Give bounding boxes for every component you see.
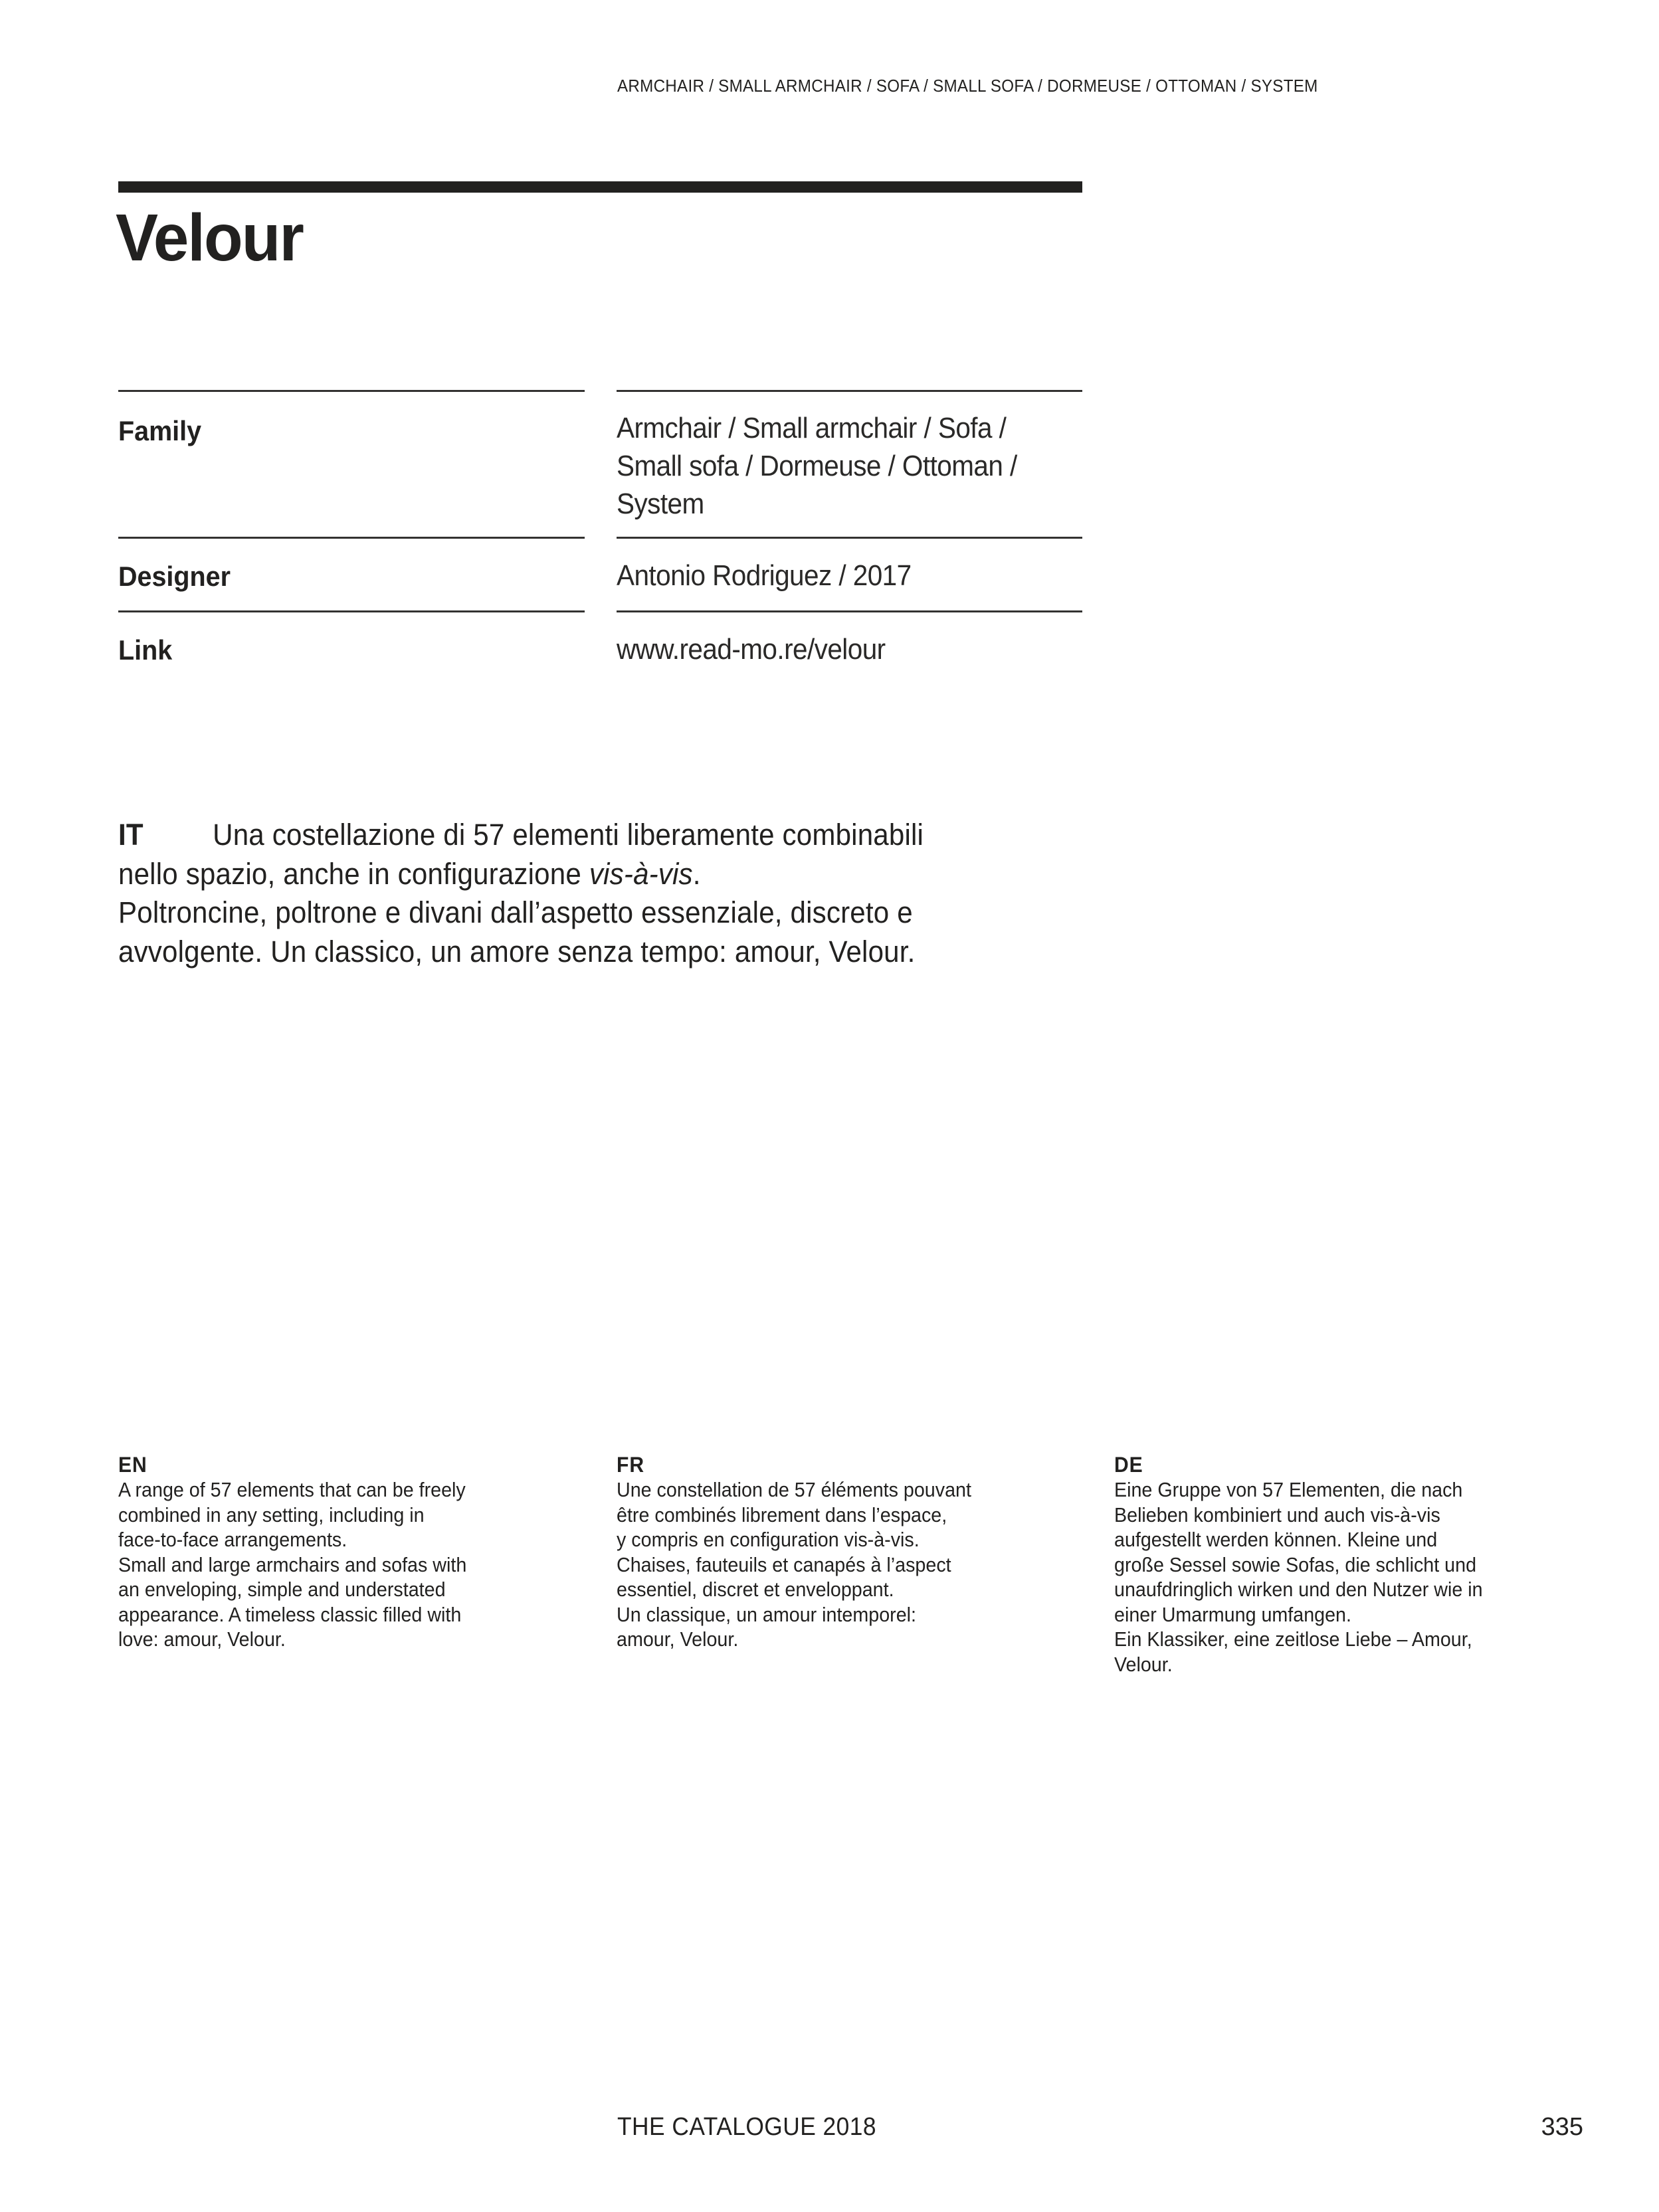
spec-value-link[interactable]: www.read-mo.re/velour bbox=[617, 630, 1069, 668]
description-line: y compris en configuration vis-à-vis. bbox=[617, 1528, 1066, 1553]
divider bbox=[617, 537, 1082, 539]
running-header: ARMCHAIR / SMALL ARMCHAIR / SOFA / SMALL… bbox=[617, 76, 1318, 96]
page-number: 335 bbox=[1541, 2113, 1583, 2142]
description-line: être combinés librement dans l’espace, bbox=[617, 1503, 1066, 1528]
spec-label-family: Family bbox=[118, 413, 201, 450]
language-code: IT bbox=[118, 816, 213, 855]
spec-value-line: Antonio Rodriguez / 2017 bbox=[617, 557, 1069, 595]
title-rule bbox=[118, 181, 1082, 193]
description-line: Velour. bbox=[1114, 1653, 1564, 1678]
description-line: einer Umarmung umfangen. bbox=[1114, 1603, 1564, 1628]
description-line: avvolgente. Un classico, un amore senza … bbox=[118, 933, 1088, 972]
footer-catalogue-title: THE CATALOGUE 2018 bbox=[617, 2113, 876, 2142]
description-fr: FR Une constellation de 57 éléments pouv… bbox=[617, 1453, 1066, 1653]
description-it: ITUna costellazione di 57 elementi liber… bbox=[118, 816, 1088, 971]
description-line: Poltroncine, poltrone e divani dall’aspe… bbox=[118, 893, 1088, 933]
language-code: EN bbox=[118, 1453, 568, 1477]
text: . bbox=[693, 857, 701, 891]
description-line: A range of 57 elements that can be freel… bbox=[118, 1478, 568, 1503]
spec-label-designer: Designer bbox=[118, 558, 231, 595]
language-code: FR bbox=[617, 1453, 1066, 1477]
description-line: nello spazio, anche in configurazione vi… bbox=[118, 855, 1088, 894]
spec-value-designer: Antonio Rodriguez / 2017 bbox=[617, 557, 1069, 595]
spec-value-family: Armchair / Small armchair / Sofa / Small… bbox=[617, 409, 1069, 523]
description-line: love: amour, Velour. bbox=[118, 1627, 568, 1653]
website-link[interactable]: www.read-mo.re/velour bbox=[617, 630, 1069, 668]
spec-value-line: Armchair / Small armchair / Sofa / bbox=[617, 409, 1069, 447]
description-line: ITUna costellazione di 57 elementi liber… bbox=[118, 816, 1088, 855]
divider bbox=[118, 390, 585, 392]
description-line: große Sessel sowie Sofas, die schlicht u… bbox=[1114, 1553, 1564, 1578]
text: nello spazio, anche in configurazione bbox=[118, 857, 589, 891]
description-line: amour, Velour. bbox=[617, 1627, 1066, 1653]
spec-label-link: Link bbox=[118, 632, 172, 669]
description-line: Ein Klassiker, eine zeitlose Liebe – Amo… bbox=[1114, 1627, 1564, 1653]
description-line: Belieben kombiniert und auch vis-à-vis bbox=[1114, 1503, 1564, 1528]
description-line: Small and large armchairs and sofas with bbox=[118, 1553, 568, 1578]
description-en: EN A range of 57 elements that can be fr… bbox=[118, 1453, 568, 1653]
divider bbox=[118, 537, 585, 539]
divider bbox=[118, 610, 585, 612]
description-line: appearance. A timeless classic filled wi… bbox=[118, 1603, 568, 1628]
description-line: essentiel, discret et enveloppant. bbox=[617, 1578, 1066, 1603]
description-line: Eine Gruppe von 57 Elementen, die nach bbox=[1114, 1478, 1564, 1503]
description-line: unaufdringlich wirken und den Nutzer wie… bbox=[1114, 1578, 1564, 1603]
description-line: aufgestellt werden können. Kleine und bbox=[1114, 1528, 1564, 1553]
spec-value-line: System bbox=[617, 485, 1069, 523]
description-line: Chaises, fauteuils et canapés à l’aspect bbox=[617, 1553, 1066, 1578]
divider bbox=[617, 390, 1082, 392]
language-code: DE bbox=[1114, 1453, 1564, 1477]
spec-value-line: Small sofa / Dormeuse / Ottoman / bbox=[617, 447, 1069, 485]
italic-text: vis-à-vis bbox=[589, 857, 693, 891]
description-line: face-to-face arrangements. bbox=[118, 1528, 568, 1553]
description-line: combined in any setting, including in bbox=[118, 1503, 568, 1528]
description-line: Un classique, un amour intemporel: bbox=[617, 1603, 1066, 1628]
description-line: an enveloping, simple and understated bbox=[118, 1578, 568, 1603]
description-line: Une constellation de 57 éléments pouvant bbox=[617, 1478, 1066, 1503]
description-de: DE Eine Gruppe von 57 Elementen, die nac… bbox=[1114, 1453, 1564, 1677]
divider bbox=[617, 610, 1082, 612]
text: Una costellazione di 57 elementi liberam… bbox=[213, 818, 924, 852]
page-title: Velour bbox=[116, 198, 303, 278]
